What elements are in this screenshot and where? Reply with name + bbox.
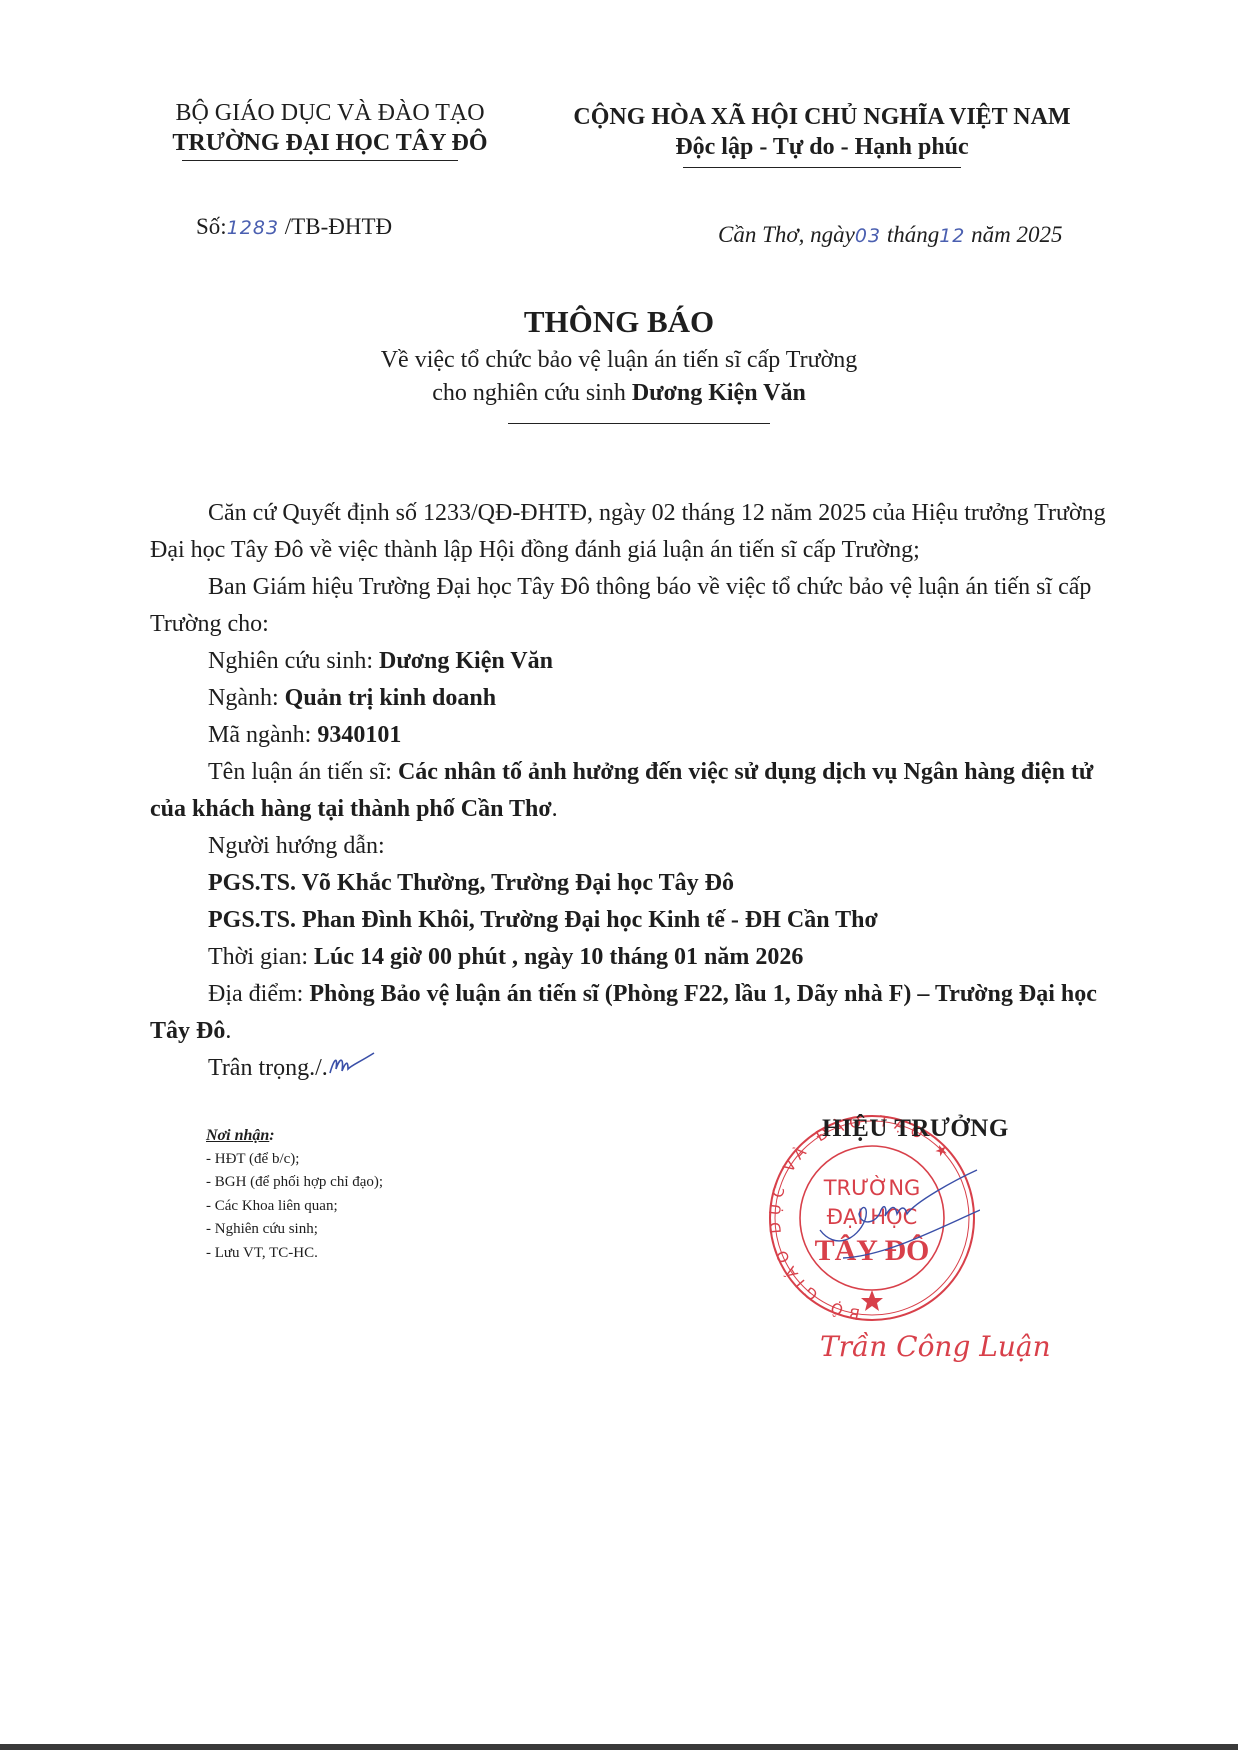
major-row: Ngành: Quản trị kinh doanh (150, 680, 1115, 717)
signatory-name: Trần Công Luận (820, 1330, 1051, 1363)
issue-date: Cần Thơ, ngày03 tháng12 năm 2025 (718, 222, 1063, 248)
subtitle-prefix: cho nghiên cứu sinh (432, 380, 632, 406)
country-name: CỘNG HÒA XÃ HỘI CHỦ NGHĨA VIỆT NAM (552, 102, 1092, 132)
closing-text: Trân trọng./. (208, 1055, 328, 1081)
document-subtitle-line1: Về việc tổ chức bảo vệ luận án tiến sĩ c… (0, 347, 1238, 374)
ministry-name: BỘ GIÁO DỤC VÀ ĐÀO TẠO (140, 98, 520, 128)
national-heading: CỘNG HÒA XÃ HỘI CHỦ NGHĨA VIỆT NAM Độc l… (552, 102, 1092, 162)
recipients-list: Nơi nhận: HĐT (để b/c); BGH (để phối hợp… (206, 1124, 506, 1265)
signatory-title: HIỆU TRƯỞNG (822, 1115, 1009, 1143)
venue-label: Địa điểm: (208, 981, 309, 1007)
thesis-period: . (552, 796, 558, 822)
venue-row: Địa điểm: Phòng Bảo vệ luận án tiến sĩ (… (150, 976, 1115, 1050)
advisors-label: Người hướng dẫn: (150, 828, 1115, 865)
document-number: Số:1283 /TB-ĐHTĐ (196, 214, 392, 240)
doc-number-suffix: /TB-ĐHTĐ (285, 214, 392, 239)
header-left-underline (182, 160, 458, 161)
university-name: TRƯỜNG ĐẠI HỌC TÂY ĐÔ (140, 128, 520, 158)
date-place: Cần Thơ, ngày (718, 222, 855, 247)
major-code-value: 9340101 (317, 722, 401, 748)
date-year: năm 2025 (971, 222, 1062, 247)
advisor-1: PGS.TS. Võ Khắc Thường, Trường Đại học T… (150, 865, 1115, 902)
recipient-item: HĐT (để b/c); (206, 1148, 506, 1172)
venue-period: . (225, 1018, 231, 1044)
time-row: Thời gian: Lúc 14 giờ 00 phút , ngày 10 … (150, 939, 1115, 976)
major-value: Quản trị kinh doanh (285, 685, 496, 711)
recipient-item: Nghiên cứu sinh; (206, 1218, 506, 1242)
student-row: Nghiên cứu sinh: Dương Kiện Văn (150, 643, 1115, 680)
date-month-handwritten: 12 (939, 225, 965, 247)
legal-basis-paragraph: Căn cứ Quyết định số 1233/QĐ-ĐHTĐ, ngày … (150, 495, 1115, 569)
major-label: Ngành: (208, 685, 285, 711)
time-label: Thời gian: (208, 944, 314, 970)
major-code-label: Mã ngành: (208, 722, 317, 748)
notice-body: Căn cứ Quyết định số 1233/QĐ-ĐHTĐ, ngày … (150, 495, 1115, 1087)
seal-line-1: TRƯỜNG (823, 1175, 921, 1200)
date-month-label: tháng (887, 222, 939, 247)
recipient-item: Lưu VT, TC-HC. (206, 1242, 506, 1266)
header-right-underline (683, 167, 961, 168)
student-label: Nghiên cứu sinh: (208, 648, 379, 674)
recipient-item: BGH (để phối hợp chỉ đạo); (206, 1171, 506, 1195)
title-underline (508, 423, 770, 424)
date-day-handwritten: 03 (855, 225, 881, 247)
scan-border (0, 1744, 1238, 1750)
closing-row: Trân trọng./. (150, 1050, 1115, 1087)
seal-line-3: TÂY ĐÔ (815, 1234, 930, 1267)
national-motto: Độc lập - Tự do - Hạnh phúc (552, 132, 1092, 162)
seal-star-icon (861, 1290, 883, 1311)
announcement-paragraph: Ban Giám hiệu Trường Đại học Tây Đô thôn… (150, 569, 1115, 643)
official-seal-icon: BỘ GIÁO DỤC VÀ ĐÀO TẠO ★ TRƯỜNG ĐẠI HỌC … (765, 1110, 980, 1330)
major-code-row: Mã ngành: 9340101 (150, 717, 1115, 754)
initials-signature-icon (328, 1051, 376, 1079)
issuing-authority: BỘ GIÁO DỤC VÀ ĐÀO TẠO TRƯỜNG ĐẠI HỌC TÂ… (140, 98, 520, 158)
doc-number-prefix: Số: (196, 214, 227, 239)
document-subtitle-line2: cho nghiên cứu sinh Dương Kiện Văn (0, 380, 1238, 407)
recipient-item: Các Khoa liên quan; (206, 1195, 506, 1219)
recipients-heading: Nơi nhận: (206, 1124, 506, 1148)
time-value: Lúc 14 giờ 00 phút , ngày 10 tháng 01 nă… (314, 944, 803, 970)
thesis-label: Tên luận án tiến sĩ: (208, 759, 398, 785)
recipients-heading-colon: : (269, 1127, 274, 1144)
advisor-2: PGS.TS. Phan Đình Khôi, Trường Đại học K… (150, 902, 1115, 939)
document-title: THÔNG BÁO (0, 304, 1238, 340)
thesis-title-row: Tên luận án tiến sĩ: Các nhân tố ảnh hưở… (150, 754, 1115, 828)
student-value: Dương Kiện Văn (379, 648, 553, 674)
doc-number-handwritten: 1283 (227, 217, 279, 239)
subtitle-student-name: Dương Kiện Văn (632, 380, 806, 406)
recipients-heading-text: Nơi nhận (206, 1127, 269, 1144)
